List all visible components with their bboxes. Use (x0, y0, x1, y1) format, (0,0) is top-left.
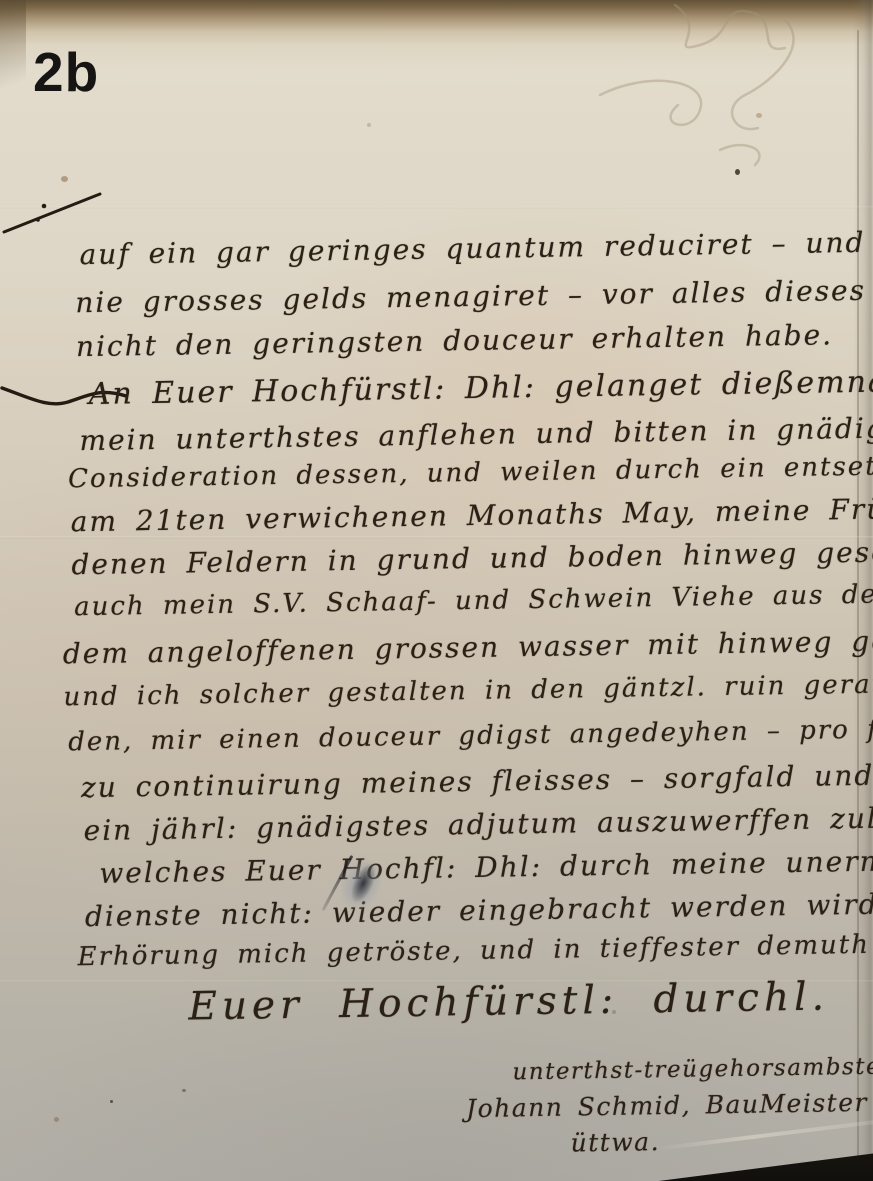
handwriting-line: zu continuirung meines fleisses – sorgfa… (81, 757, 873, 804)
handwriting-line: nicht den geringsten douceur erhalten ha… (76, 318, 834, 363)
handwriting-line: denen Feldern in grund und boden hinweg … (71, 533, 873, 581)
handwriting-line: dem angeloffenen grossen wasser mit hinw… (63, 622, 873, 670)
paper-stain (367, 123, 371, 127)
handwriting-line: welches Euer Hochfl: Dhl: durch meine un… (99, 843, 873, 890)
signature-line-title: unterthst-treügehorsambster (512, 1053, 873, 1085)
handwriting-line: und ich solcher gestalten in den gäntzl.… (63, 667, 873, 712)
paper-stain (756, 113, 762, 118)
handwriting-line: dienste nicht: wieder eingebracht werden… (85, 886, 873, 933)
paper-stain (61, 176, 68, 182)
handwritten-text-block: auf ein gar geringes quantum reduciret –… (0, 0, 873, 1181)
handwriting-line: Erhörung mich getröste, und in tieffeste… (77, 928, 873, 973)
paper-speck (182, 1089, 186, 1092)
handwriting-line: auf ein gar geringes quantum reduciret –… (79, 223, 873, 271)
paper-stain (612, 1010, 616, 1014)
handwriting-line: nie grosses gelds menagiret – vor alles … (75, 271, 873, 319)
paper-speck (735, 169, 740, 175)
paper-stain (54, 1117, 59, 1122)
signature-line-name: Johann Schmid, BauMeister (466, 1088, 868, 1123)
handwriting-line: mein unterthstes anflehen und bitten in … (79, 410, 873, 457)
manuscript-photo: 2b auf ein gar geringes quantum reducire… (0, 0, 873, 1181)
handwriting-closing-line: Euer Hochfürstl: durchl. (188, 974, 829, 1029)
handwriting-line: An Euer Hochfürstl: Dhl: gelanget dießem… (88, 364, 873, 412)
handwriting-line: am 21ten verwichenen Monaths May, meine … (71, 490, 873, 538)
signature-line-place: üttwa. (570, 1127, 660, 1157)
handwriting-line: ein jährl: gnädigstes adjutum auszuwerff… (83, 800, 873, 847)
paper-speck (110, 1100, 113, 1103)
handwriting-line: den, mir einen douceur gdigst angedeyhen… (68, 712, 873, 757)
handwriting-line: auch mein S.V. Schaaf- und Schwein Viehe… (74, 577, 873, 623)
